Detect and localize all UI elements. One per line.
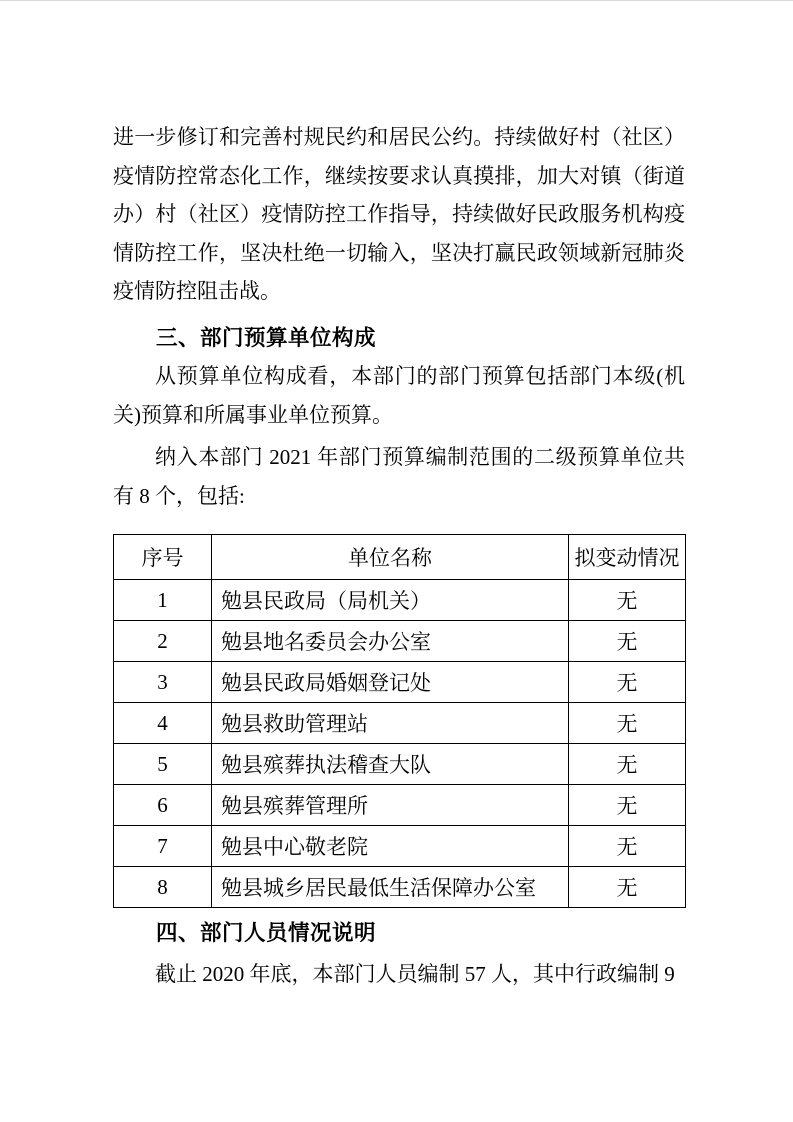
row-index-cell: 4 bbox=[114, 703, 212, 744]
unit-name-cell: 勉县殡葬执法稽查大队 bbox=[212, 744, 569, 785]
row-index-cell: 2 bbox=[114, 621, 212, 662]
unit-name-cell: 勉县民政局婚姻登记处 bbox=[212, 662, 569, 703]
units-table-body: 1勉县民政局（局机关）无2勉县地名委员会办公室无3勉县民政局婚姻登记处无4勉县救… bbox=[114, 580, 686, 908]
column-header-index: 序号 bbox=[114, 535, 212, 580]
row-index-cell: 5 bbox=[114, 744, 212, 785]
table-row: 6勉县殡葬管理所无 bbox=[114, 785, 686, 826]
table-row: 8勉县城乡居民最低生活保障办公室无 bbox=[114, 867, 686, 908]
row-index-cell: 8 bbox=[114, 867, 212, 908]
unit-name-cell: 勉县中心敬老院 bbox=[212, 826, 569, 867]
row-index-cell: 3 bbox=[114, 662, 212, 703]
table-header-row: 序号 单位名称 拟变动情况 bbox=[114, 535, 686, 580]
change-status-cell: 无 bbox=[569, 867, 686, 908]
row-index-cell: 7 bbox=[114, 826, 212, 867]
section-4-heading: 四、部门人员情况说明 bbox=[113, 914, 685, 953]
document-content: 进一步修订和完善村规民约和居民公约。持续做好村（社区）疫情防控常态化工作，继续按… bbox=[113, 118, 685, 993]
table-row: 1勉县民政局（局机关）无 bbox=[114, 580, 686, 621]
change-status-cell: 无 bbox=[569, 826, 686, 867]
change-status-cell: 无 bbox=[569, 744, 686, 785]
change-status-cell: 无 bbox=[569, 621, 686, 662]
column-header-unit-name: 单位名称 bbox=[212, 535, 569, 580]
section-3-paragraph-1: 从预算单位构成看，本部门的部门预算包括部门本级(机关)预算和所属事业单位预算。 bbox=[113, 357, 685, 434]
table-row: 4勉县救助管理站无 bbox=[114, 703, 686, 744]
change-status-cell: 无 bbox=[569, 703, 686, 744]
unit-name-cell: 勉县城乡居民最低生活保障办公室 bbox=[212, 867, 569, 908]
unit-name-cell: 勉县地名委员会办公室 bbox=[212, 621, 569, 662]
row-index-cell: 6 bbox=[114, 785, 212, 826]
table-row: 2勉县地名委员会办公室无 bbox=[114, 621, 686, 662]
unit-name-cell: 勉县殡葬管理所 bbox=[212, 785, 569, 826]
section-3-heading: 三、部门预算单位构成 bbox=[113, 319, 685, 358]
table-row: 3勉县民政局婚姻登记处无 bbox=[114, 662, 686, 703]
budget-units-table: 序号 单位名称 拟变动情况 1勉县民政局（局机关）无2勉县地名委员会办公室无3勉… bbox=[113, 534, 686, 908]
change-status-cell: 无 bbox=[569, 662, 686, 703]
unit-name-cell: 勉县民政局（局机关） bbox=[212, 580, 569, 621]
section-4-paragraph-1: 截止 2020 年底，本部门人员编制 57 人，其中行政编制 9 bbox=[113, 955, 685, 994]
column-header-change: 拟变动情况 bbox=[569, 535, 686, 580]
intro-paragraph: 进一步修订和完善村规民约和居民公约。持续做好村（社区）疫情防控常态化工作，继续按… bbox=[113, 118, 685, 311]
row-index-cell: 1 bbox=[114, 580, 212, 621]
unit-name-cell: 勉县救助管理站 bbox=[212, 703, 569, 744]
change-status-cell: 无 bbox=[569, 580, 686, 621]
table-row: 7勉县中心敬老院无 bbox=[114, 826, 686, 867]
document-page: 进一步修订和完善村规民约和居民公约。持续做好村（社区）疫情防控常态化工作，继续按… bbox=[0, 0, 793, 1122]
change-status-cell: 无 bbox=[569, 785, 686, 826]
table-row: 5勉县殡葬执法稽查大队无 bbox=[114, 744, 686, 785]
section-3-paragraph-2: 纳入本部门 2021 年部门预算编制范围的二级预算单位共有 8 个，包括: bbox=[113, 438, 685, 515]
